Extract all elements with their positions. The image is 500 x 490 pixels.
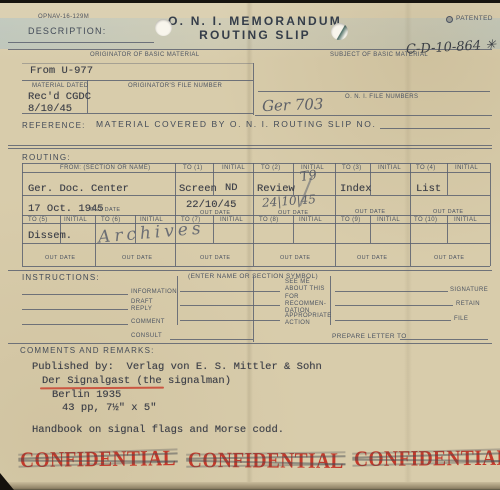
rule xyxy=(22,294,128,295)
reference-label: REFERENCE: xyxy=(22,121,86,130)
routing-initial: ND xyxy=(225,182,238,194)
description-label: DESCRIPTION: xyxy=(28,26,106,36)
initial-header: INITIAL xyxy=(299,217,322,223)
routing-entry: Screen xyxy=(179,183,217,195)
initial-header: INITIAL xyxy=(454,217,477,223)
routing-col-header: TO (1) xyxy=(183,165,203,171)
rule xyxy=(8,145,492,146)
rule xyxy=(370,215,371,243)
rule xyxy=(22,324,128,325)
out-date-label: OUT DATE xyxy=(280,255,311,261)
originators-file-label: ORIGINATOR'S FILE NUMBER xyxy=(128,83,222,89)
routing-from-name: Ger. Doc. Center xyxy=(28,183,129,195)
rule xyxy=(22,243,490,244)
instruction-option: CONSULT xyxy=(131,333,162,339)
initial-header: INITIAL xyxy=(64,217,87,223)
scan-corner xyxy=(0,473,14,487)
instructions-label: INSTRUCTIONS: xyxy=(22,273,100,282)
instruction-option: FOR RECOMMEN- DATION xyxy=(285,294,326,315)
initial-header: INITIAL xyxy=(377,217,400,223)
out-date-label: OUT DATE xyxy=(45,255,76,261)
routing-col-header: TO (8) xyxy=(259,217,279,223)
comments-label: COMMENTS AND REMARKS: xyxy=(20,346,155,355)
out-date-label: OUT DATE xyxy=(122,255,153,261)
out-date-label: OUT DATE xyxy=(355,209,386,215)
title-line-1: O. N. I. MEMORANDUM xyxy=(160,14,350,28)
rule xyxy=(22,163,23,266)
material-dated-label: MATERIAL DATED xyxy=(32,83,89,89)
rule xyxy=(380,128,490,129)
from-line: From U-977 xyxy=(30,65,93,77)
rule xyxy=(22,163,490,164)
rule xyxy=(335,320,451,321)
rule xyxy=(22,309,128,310)
prepare-letter-label: PREPARE LETTER TO xyxy=(332,333,407,340)
comments-note: Handbook on signal flags and Morse codd. xyxy=(32,424,284,436)
comments-published-by: Published by: Verlag von E. S. Mittler &… xyxy=(32,361,322,373)
originator-label: ORIGINATOR OF BASIC MATERIAL xyxy=(90,52,200,58)
rule xyxy=(400,339,488,340)
rule xyxy=(253,276,254,342)
rule xyxy=(335,305,453,306)
out-date-label: OUT DATE xyxy=(434,255,465,261)
rule xyxy=(213,215,214,243)
initial-header: INITIAL xyxy=(378,165,401,171)
out-date-label: OUT DATE xyxy=(200,255,231,261)
rule xyxy=(175,163,176,266)
rule xyxy=(253,63,254,115)
out-date-label: OUT DATE xyxy=(278,210,309,216)
rule xyxy=(22,63,253,64)
page-title: O. N. I. MEMORANDUM ROUTING SLIP xyxy=(160,14,350,42)
instruction-option: SIGNATURE xyxy=(450,287,488,293)
routing-col-header: TO (9) xyxy=(341,217,361,223)
instruction-option: FILE xyxy=(454,316,468,322)
received-line: Rec'd CGDC xyxy=(28,91,91,103)
out-date-label: OUT DATE xyxy=(357,255,388,261)
routing-label: ROUTING: xyxy=(22,153,71,162)
routing-col-header: TO (10) xyxy=(414,217,437,223)
oni-file-value-handwritten: Ger 703 xyxy=(262,95,324,115)
routing-entry: Dissem. xyxy=(28,230,72,242)
rule xyxy=(95,215,96,266)
initial-header: INITIAL xyxy=(222,165,245,171)
rule xyxy=(8,270,492,271)
title-line-2: ROUTING SLIP xyxy=(160,28,350,42)
rule xyxy=(22,195,490,196)
patented-label: PATENTED xyxy=(456,15,493,22)
patented-icon xyxy=(446,16,453,23)
comments-pages: 43 pp, 7½" x 5" xyxy=(62,402,157,414)
rule xyxy=(8,343,492,344)
form-number: OPNAV-16-129M xyxy=(38,14,89,20)
rule xyxy=(490,163,491,266)
comments-book-title: Der Signalgast (the signalman) xyxy=(42,375,231,387)
initial-header: INITIAL xyxy=(455,165,478,171)
instruction-option: RETAIN xyxy=(456,301,480,307)
instruction-option: SEE ME ABOUT THIS xyxy=(285,279,325,293)
out-date-label: OUT DATE xyxy=(433,209,464,215)
rule xyxy=(8,42,154,43)
confidential-stamp: CONFIDENTIAL xyxy=(188,447,344,474)
rule xyxy=(22,172,490,173)
rule xyxy=(253,163,254,266)
out-date-label: OUT DATE xyxy=(200,210,231,216)
routing-col-header: TO (5) xyxy=(28,217,48,223)
rule xyxy=(258,91,490,92)
confidential-stamp: CONFIDENTIAL xyxy=(20,445,176,473)
rule xyxy=(22,215,490,216)
reference-text: MATERIAL COVERED BY O. N. I. ROUTING SLI… xyxy=(96,119,376,129)
rule xyxy=(8,148,492,149)
instruction-option: COMMENT xyxy=(131,319,165,325)
rule xyxy=(255,115,492,116)
initial-header: INITIAL xyxy=(220,217,243,223)
book-title-underlined: Der Signalgast xyxy=(42,375,130,387)
routing-slip-document: OPNAV-16-129M DESCRIPTION: O. N. I. MEMO… xyxy=(0,3,500,482)
instruction-option: DRAFT REPLY xyxy=(131,299,153,313)
rule xyxy=(170,339,253,340)
punch-hole-left xyxy=(155,19,172,36)
rule xyxy=(22,80,253,81)
rule xyxy=(335,291,448,292)
routing-col-header: TO (2) xyxy=(261,165,281,171)
instruction-option: APPROPRIATE ACTION xyxy=(285,313,332,327)
instruction-option: INFORMATION xyxy=(131,289,177,295)
rule xyxy=(22,266,490,267)
oni-file-label: O. N. I. FILE NUMBERS xyxy=(345,94,418,100)
routing-entry: List xyxy=(416,183,441,195)
rule xyxy=(180,320,280,321)
rule xyxy=(410,163,411,266)
rule xyxy=(22,113,253,114)
routing-out-date-handwritten: 24|10|45 xyxy=(262,192,317,210)
routing-col-header: TO (6) xyxy=(101,217,121,223)
routing-from-header: FROM: (SECTION OR NAME) xyxy=(60,165,151,171)
confidential-stamp: CONFIDENTIAL xyxy=(354,445,500,472)
rule xyxy=(180,305,280,306)
punch-hole-right xyxy=(331,23,348,40)
rule xyxy=(447,163,448,195)
rule xyxy=(22,223,490,224)
routing-entry: Index xyxy=(340,183,372,195)
rule xyxy=(447,215,448,243)
book-title-rest: (the signalman) xyxy=(130,375,231,387)
comments-city-year: Berlin 1935 xyxy=(52,389,121,401)
rule xyxy=(180,291,280,292)
routing-col-header: TO (3) xyxy=(342,165,362,171)
rule xyxy=(293,215,294,243)
routing-col-header: TO (4) xyxy=(416,165,436,171)
out-date-label: OUT DATE xyxy=(90,207,121,213)
rule xyxy=(335,163,336,266)
paper-edge xyxy=(0,482,500,487)
rule xyxy=(177,276,178,325)
